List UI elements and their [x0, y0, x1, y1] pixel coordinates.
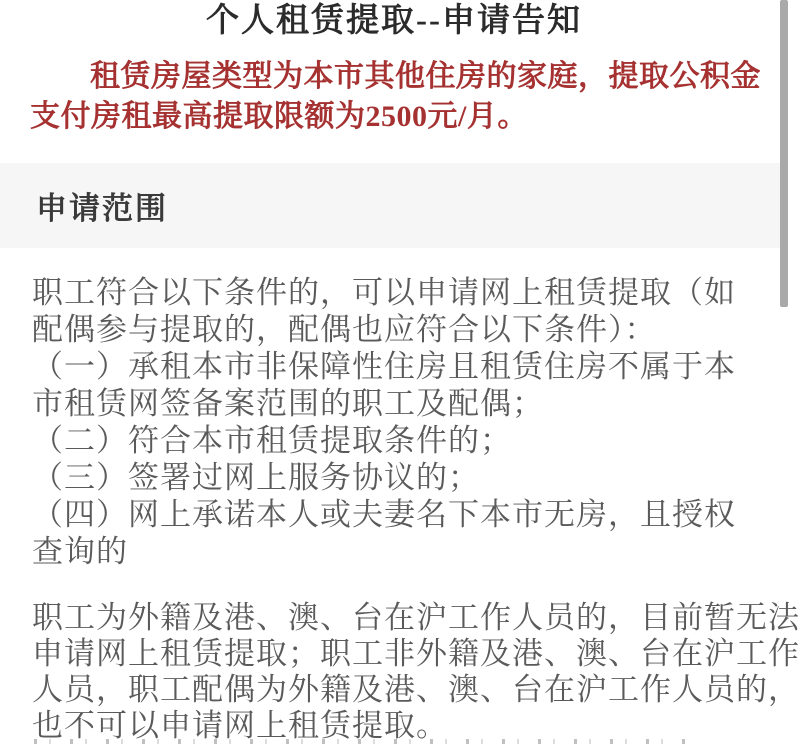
body-line: 职工为外籍及港、澳、台在沪工作人员的，目前暂无法: [32, 600, 800, 636]
scrollbar-thumb[interactable]: [780, 0, 788, 307]
body-line: （四）网上承诺本人或夫妻名下本市无房，且授权: [32, 496, 736, 533]
section-title: 申请范围: [36, 183, 168, 228]
notice-page: { "doc": { "title": "个人租赁提取--申请告知", "not…: [0, 0, 800, 744]
eligibility-paragraph: 职工符合以下条件的，可以申请网上租赁提取（如 配偶参与提取的，配偶也应符合以下条…: [32, 274, 736, 570]
body-line: （三）签署过网上服务协议的；: [32, 459, 736, 496]
body-line: 查询的: [32, 533, 736, 570]
foreign-workers-paragraph: 职工为外籍及港、澳、台在沪工作人员的，目前暂无法 申请网上租赁提取；职工非外籍及…: [32, 600, 800, 744]
body-line: 申请网上租赁提取；职工非外籍及港、澳、台在沪工作: [32, 636, 800, 672]
notice-line: 租赁房屋类型为本市其他住房的家庭，提取公积金: [30, 57, 740, 97]
body-line: （二）符合本市租赁提取条件的；: [32, 422, 736, 459]
body-line: 市租赁网签备案范围的职工及配偶；: [32, 385, 736, 422]
body-line: 配偶参与提取的，配偶也应符合以下条件）：: [32, 311, 736, 348]
clipped-next-line: [34, 739, 694, 744]
notice-paragraph: 租赁房屋类型为本市其他住房的家庭，提取公积金 支付房租最高提取限额为2500元/…: [30, 57, 740, 137]
section-header-band: 申请范围: [0, 163, 788, 248]
notice-line: 支付房租最高提取限额为2500元/月。: [30, 97, 740, 137]
body-line: （一）承租本市非保障性住房且租赁住房不属于本: [32, 348, 736, 385]
body-line: 人员，职工配偶为外籍及港、澳、台在沪工作人员的，: [32, 672, 800, 708]
body-line: 职工符合以下条件的，可以申请网上租赁提取（如: [32, 274, 736, 311]
page-title: 个人租赁提取--申请告知: [0, 0, 788, 41]
